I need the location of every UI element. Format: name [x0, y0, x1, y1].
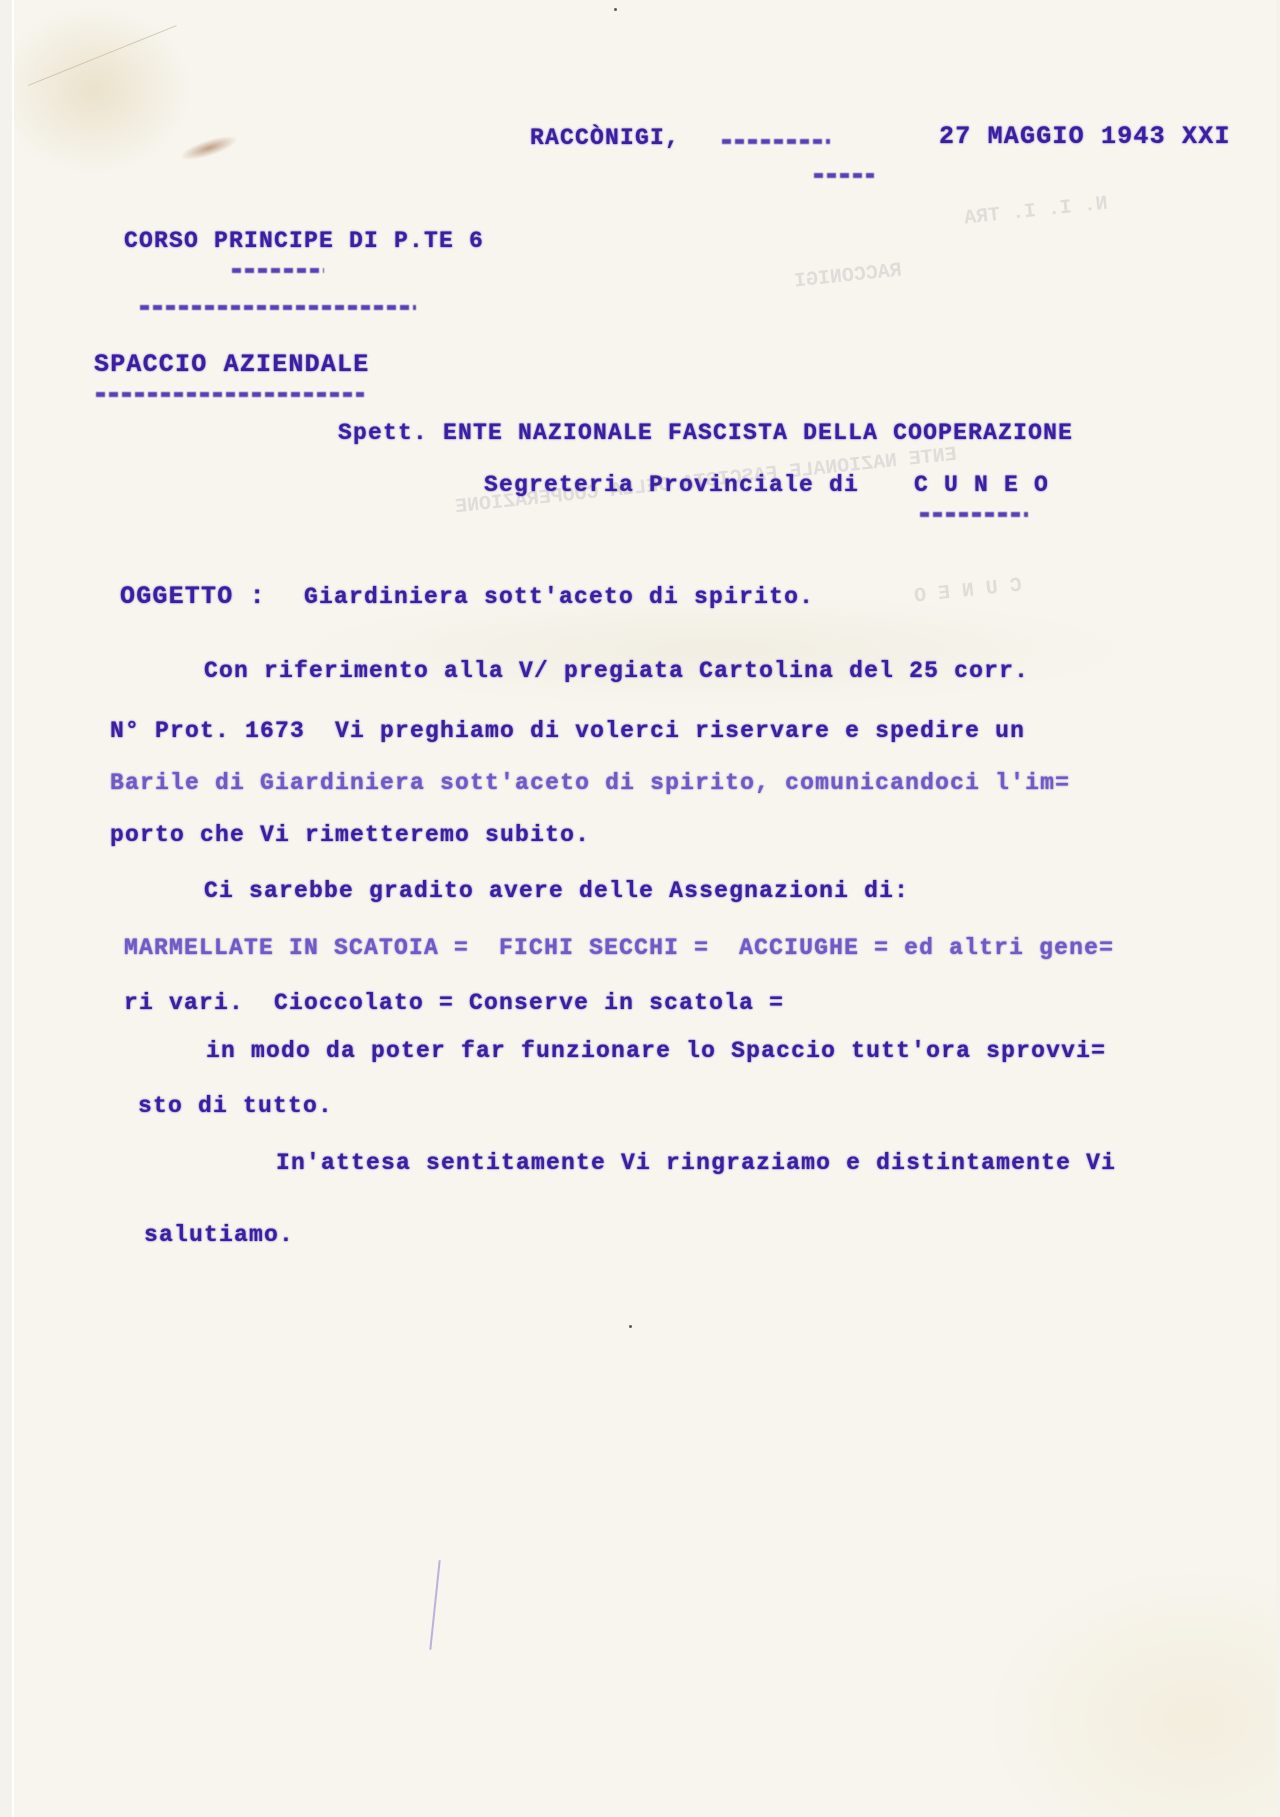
closing-line: salutiamo.	[144, 1222, 294, 1248]
subject-label: OGGETTO :	[120, 582, 266, 611]
sender-department: SPACCIO AZIENDALE	[94, 350, 369, 379]
recipient-line2: Segreteria Provinciale di	[484, 472, 859, 498]
body-line: ri vari. Cioccolato = Conserve in scatol…	[124, 990, 784, 1016]
speck	[629, 1325, 632, 1328]
underline-rule	[232, 268, 324, 273]
speck	[614, 8, 617, 11]
letter-date: 27 MAGGIO 1943 XXI	[939, 122, 1231, 151]
underline-rule	[140, 305, 416, 310]
paper-stain	[178, 131, 240, 165]
underline-rule	[96, 392, 364, 397]
body-line: in modo da poter far funzionare lo Spacc…	[206, 1038, 1106, 1064]
paper-fold	[28, 25, 177, 86]
body-line: N° Prot. 1673 Vi preghiamo di volerci ri…	[110, 718, 1025, 744]
underline-rule	[814, 173, 874, 178]
ghost-text: N. I. I. TRA	[963, 193, 1109, 231]
body-line: sto di tutto.	[138, 1093, 333, 1119]
pen-mark	[429, 1560, 440, 1650]
underline-rule	[920, 512, 1028, 517]
body-line: Ci sarebbe gradito avere delle Assegnazi…	[204, 878, 909, 904]
closing-line: In'attesa sentitamente Vi ringraziamo e …	[276, 1150, 1116, 1176]
letter-page: N. I. I. TRA RACCONIGI ENTE NAZIONALE FA…	[14, 0, 1276, 1817]
recipient-city: C U N E O	[914, 472, 1049, 498]
underline-rule	[722, 139, 830, 144]
ghost-text: C U N E O	[913, 574, 1023, 608]
body-line: Barile di Giardiniera sott'aceto di spir…	[110, 770, 1070, 796]
subject-text: Giardiniera sott'aceto di spirito.	[304, 584, 814, 610]
sender-address: CORSO PRINCIPE DI P.TE 6	[124, 228, 484, 254]
letter-place: RACCÒNIGI,	[530, 125, 680, 151]
body-line: MARMELLATE IN SCATOIA = FICHI SECCHI = A…	[124, 935, 1114, 961]
ghost-text: RACCONIGI	[793, 259, 903, 293]
recipient-line1: Spett. ENTE NAZIONALE FASCISTA DELLA COO…	[338, 420, 1073, 446]
body-line: porto che Vi rimetteremo subito.	[110, 822, 590, 848]
body-line: Con riferimento alla V/ pregiata Cartoli…	[204, 658, 1029, 684]
